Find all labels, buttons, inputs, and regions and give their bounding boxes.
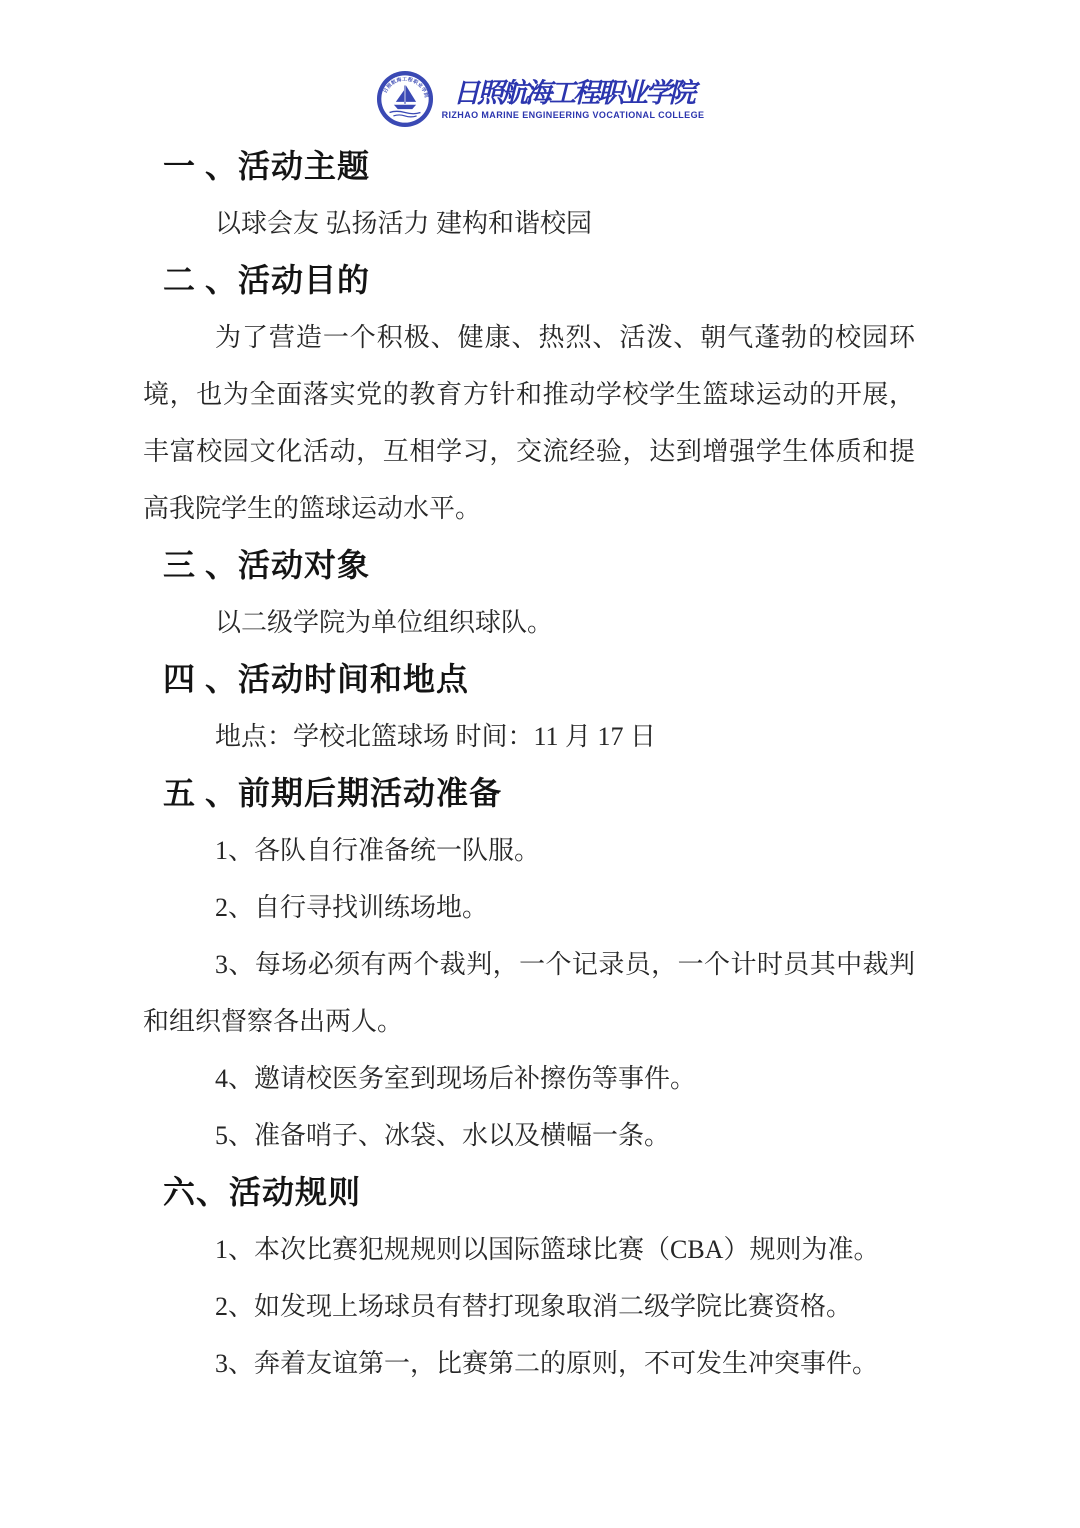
paragraph: 地点：学校北篮球场 时间：11 月 17 日 (143, 708, 915, 765)
section-heading: 五 、前期后期活动准备 (143, 765, 915, 822)
college-name-en: RIZHAO MARINE ENGINEERING VOCATIONAL COL… (442, 110, 705, 120)
document-section: 三 、活动对象 以二级学院为单位组织球队。 (143, 537, 915, 651)
section-heading: 四 、活动时间和地点 (143, 651, 915, 708)
paragraph: 3、每场必须有两个裁判，一个记录员，一个计时员其中裁判和组织督察各出两人。 (143, 936, 915, 1050)
document-section: 二 、活动目的 为了营造一个积极、健康、热烈、活泼、朝气蓬勃的校园环境，也为全面… (143, 252, 915, 537)
paragraph: 以二级学院为单位组织球队。 (143, 594, 915, 651)
document-page: 日照航海工程职业学院 日照航海工程职业学院 RIZHAO MARINE ENGI… (0, 0, 1080, 1528)
sailboat-seal-icon: 日照航海工程职业学院 (376, 70, 434, 128)
section-heading: 六、活动规则 (143, 1164, 915, 1221)
paragraph: 2、如发现上场球员有替打现象取消二级学院比赛资格。 (143, 1278, 915, 1335)
document-body: 一 、活动主题 以球会友 弘扬活力 建构和谐校园 二 、活动目的 为了营造一个积… (143, 138, 915, 1392)
paragraph: 以球会友 弘扬活力 建构和谐校园 (143, 195, 915, 252)
paragraph: 3、奔着友谊第一，比赛第二的原则，不可发生冲突事件。 (143, 1335, 915, 1392)
paragraph: 为了营造一个积极、健康、热烈、活泼、朝气蓬勃的校园环境，也为全面落实党的教育方针… (143, 309, 915, 537)
section-heading: 一 、活动主题 (143, 138, 915, 195)
paragraph: 1、本次比赛犯规规则以国际篮球比赛（CBA）规则为准。 (143, 1221, 915, 1278)
document-section: 一 、活动主题 以球会友 弘扬活力 建构和谐校园 (143, 138, 915, 252)
paragraph: 1、各队自行准备统一队服。 (143, 822, 915, 879)
college-logo: 日照航海工程职业学院 日照航海工程职业学院 RIZHAO MARINE ENGI… (0, 0, 1080, 128)
paragraph: 2、自行寻找训练场地。 (143, 879, 915, 936)
document-section: 六、活动规则 1、本次比赛犯规规则以国际篮球比赛（CBA）规则为准。2、如发现上… (143, 1164, 915, 1392)
section-heading: 二 、活动目的 (143, 252, 915, 309)
paragraph: 5、准备哨子、冰袋、水以及横幅一条。 (143, 1107, 915, 1164)
section-heading: 三 、活动对象 (143, 537, 915, 594)
paragraph: 4、邀请校医务室到现场后补擦伤等事件。 (143, 1050, 915, 1107)
document-section: 四 、活动时间和地点 地点：学校北篮球场 时间：11 月 17 日 (143, 651, 915, 765)
college-name-block: 日照航海工程职业学院 RIZHAO MARINE ENGINEERING VOC… (442, 78, 705, 120)
document-section: 五 、前期后期活动准备 1、各队自行准备统一队服。2、自行寻找训练场地。3、每场… (143, 765, 915, 1164)
college-name-zh: 日照航海工程职业学院 (453, 78, 693, 108)
